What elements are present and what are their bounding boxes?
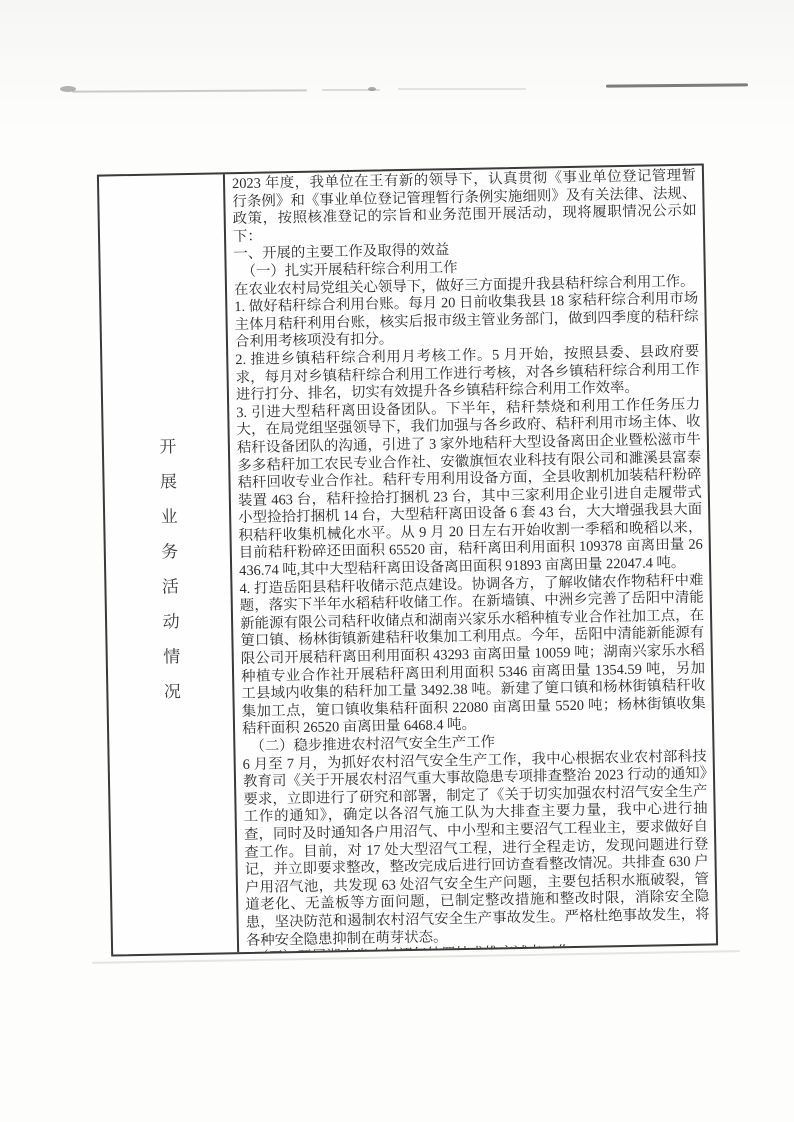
scan-artifact-line [72, 89, 307, 92]
intro-paragraph: 2023 年度，我单位在王有新的领导下，认真贯彻《事业单位登记管理暂行条例》和《… [232, 168, 697, 247]
scan-artifact-line [398, 88, 526, 90]
item-2-paragraph: 2. 推进乡镇秸秆综合利用月考核工作。5 月开始，按照县委、县政府要求，每月对乡… [235, 344, 700, 405]
row-header-cell: 开展业务活动情况 [99, 174, 239, 954]
scanned-page: 开展业务活动情况 2023 年度，我单位在王有新的领导下，认真贯彻《事业单位登记… [0, 0, 794, 1122]
item-1-paragraph: 1. 做好秸秆综合利用台账。每月 20 日前收集我县 18 家秸秆综合利用市场主… [234, 291, 699, 352]
scan-artifact-line [606, 83, 748, 87]
row-header-label: 开展业务活动情况 [153, 437, 183, 717]
item-3-paragraph: 3. 引进大型秸秆离田设备团队。下半年，秸秆禁烧和利用工作任务压力大，在局党组坚… [236, 396, 703, 580]
scan-artifact-dot [368, 87, 376, 91]
report-table: 开展业务活动情况 2023 年度，我单位在王有新的领导下，认真贯彻《事业单位登记… [97, 164, 718, 957]
item-4-paragraph: 4. 打造岳阳县秸秆收储示范点建设。协调各方，了解收储农作物秸秆中难题，落实下半… [239, 572, 706, 739]
report-content-cell: 2023 年度，我单位在王有新的领导下，认真贯彻《事业单位登记管理暂行条例》和《… [225, 166, 716, 953]
paragraph: 6 月至 7 月，为抓好农村沼气安全生产工作，我中心根据农业农村部科技教育司《关… [243, 748, 710, 950]
